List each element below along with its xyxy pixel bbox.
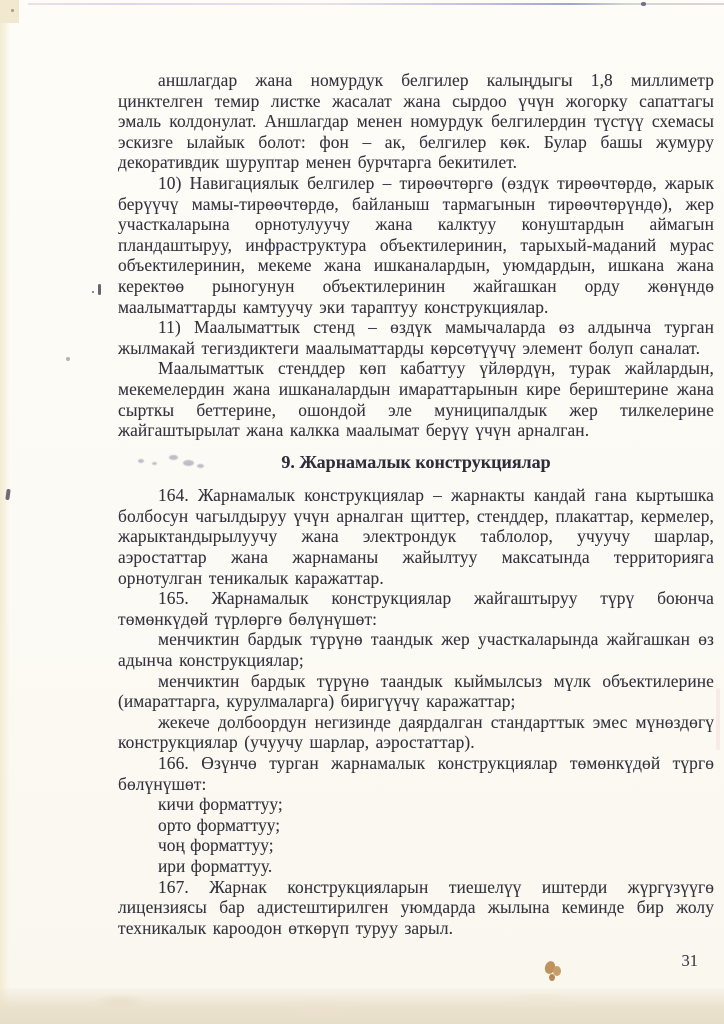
blue-ink-dot — [276, 246, 279, 249]
paragraph: аншлагдар жана номурдук белгилер калыңды… — [118, 70, 714, 173]
paragraph: 164. Жарнамалык конструкциялар – жарнакт… — [118, 485, 714, 588]
scan-left-edge-strip — [0, 0, 10, 1024]
format-list-item: кичи форматтуу; — [118, 794, 714, 815]
scan-corner-patch — [0, 0, 19, 23]
format-list-item: чоң форматтуу; — [118, 835, 714, 856]
format-list-item: орто форматтуу; — [118, 815, 714, 836]
page-number: 31 — [682, 951, 699, 971]
scan-top-edge-line — [28, 3, 724, 5]
scan-pink-streak — [716, 688, 720, 750]
paragraph: менчиктин бардык түрүнө таандык жер учас… — [118, 629, 714, 670]
paragraph: Маалыматтык стенддер көп кабаттуу үйлөрд… — [118, 358, 714, 440]
scan-top-edge-blip — [641, 2, 646, 6]
document-body: аншлагдар жана номурдук белгилер калыңды… — [118, 70, 714, 938]
scan-corner-speck — [11, 9, 14, 12]
margin-dot — [66, 357, 70, 361]
format-list-item: ири форматтуу. — [118, 856, 714, 877]
paragraph: 166. Өзүнчө турган жарнамалык конструкци… — [118, 753, 714, 794]
paragraph: 11) Маалыматтык стенд – өздүк мамычалард… — [118, 317, 714, 358]
paragraph: менчиктин бардык түрүнө таандык кыймылсы… — [118, 671, 714, 712]
paper-speck — [512, 702, 515, 705]
paragraph: 167. Жарнак конструкцияларын тиешелүү иш… — [118, 877, 714, 939]
margin-ink-mark — [92, 284, 102, 296]
paper-speck — [300, 142, 303, 144]
brown-stain — [545, 960, 565, 984]
paper-speck — [214, 882, 216, 884]
pencil-smudge — [133, 452, 213, 472]
scanned-page: аншлагдар жана номурдук белгилер калыңды… — [0, 0, 724, 1024]
scan-bottom-band — [0, 988, 724, 1024]
paragraph: жекече долбоордун негизинде даярдалган с… — [118, 712, 714, 753]
paragraph: 10) Навигациялык белгилер – тирөөчтөргө … — [118, 173, 714, 317]
paragraph: 165. Жарнамалык конструкциялар жайгаштыр… — [118, 588, 714, 629]
